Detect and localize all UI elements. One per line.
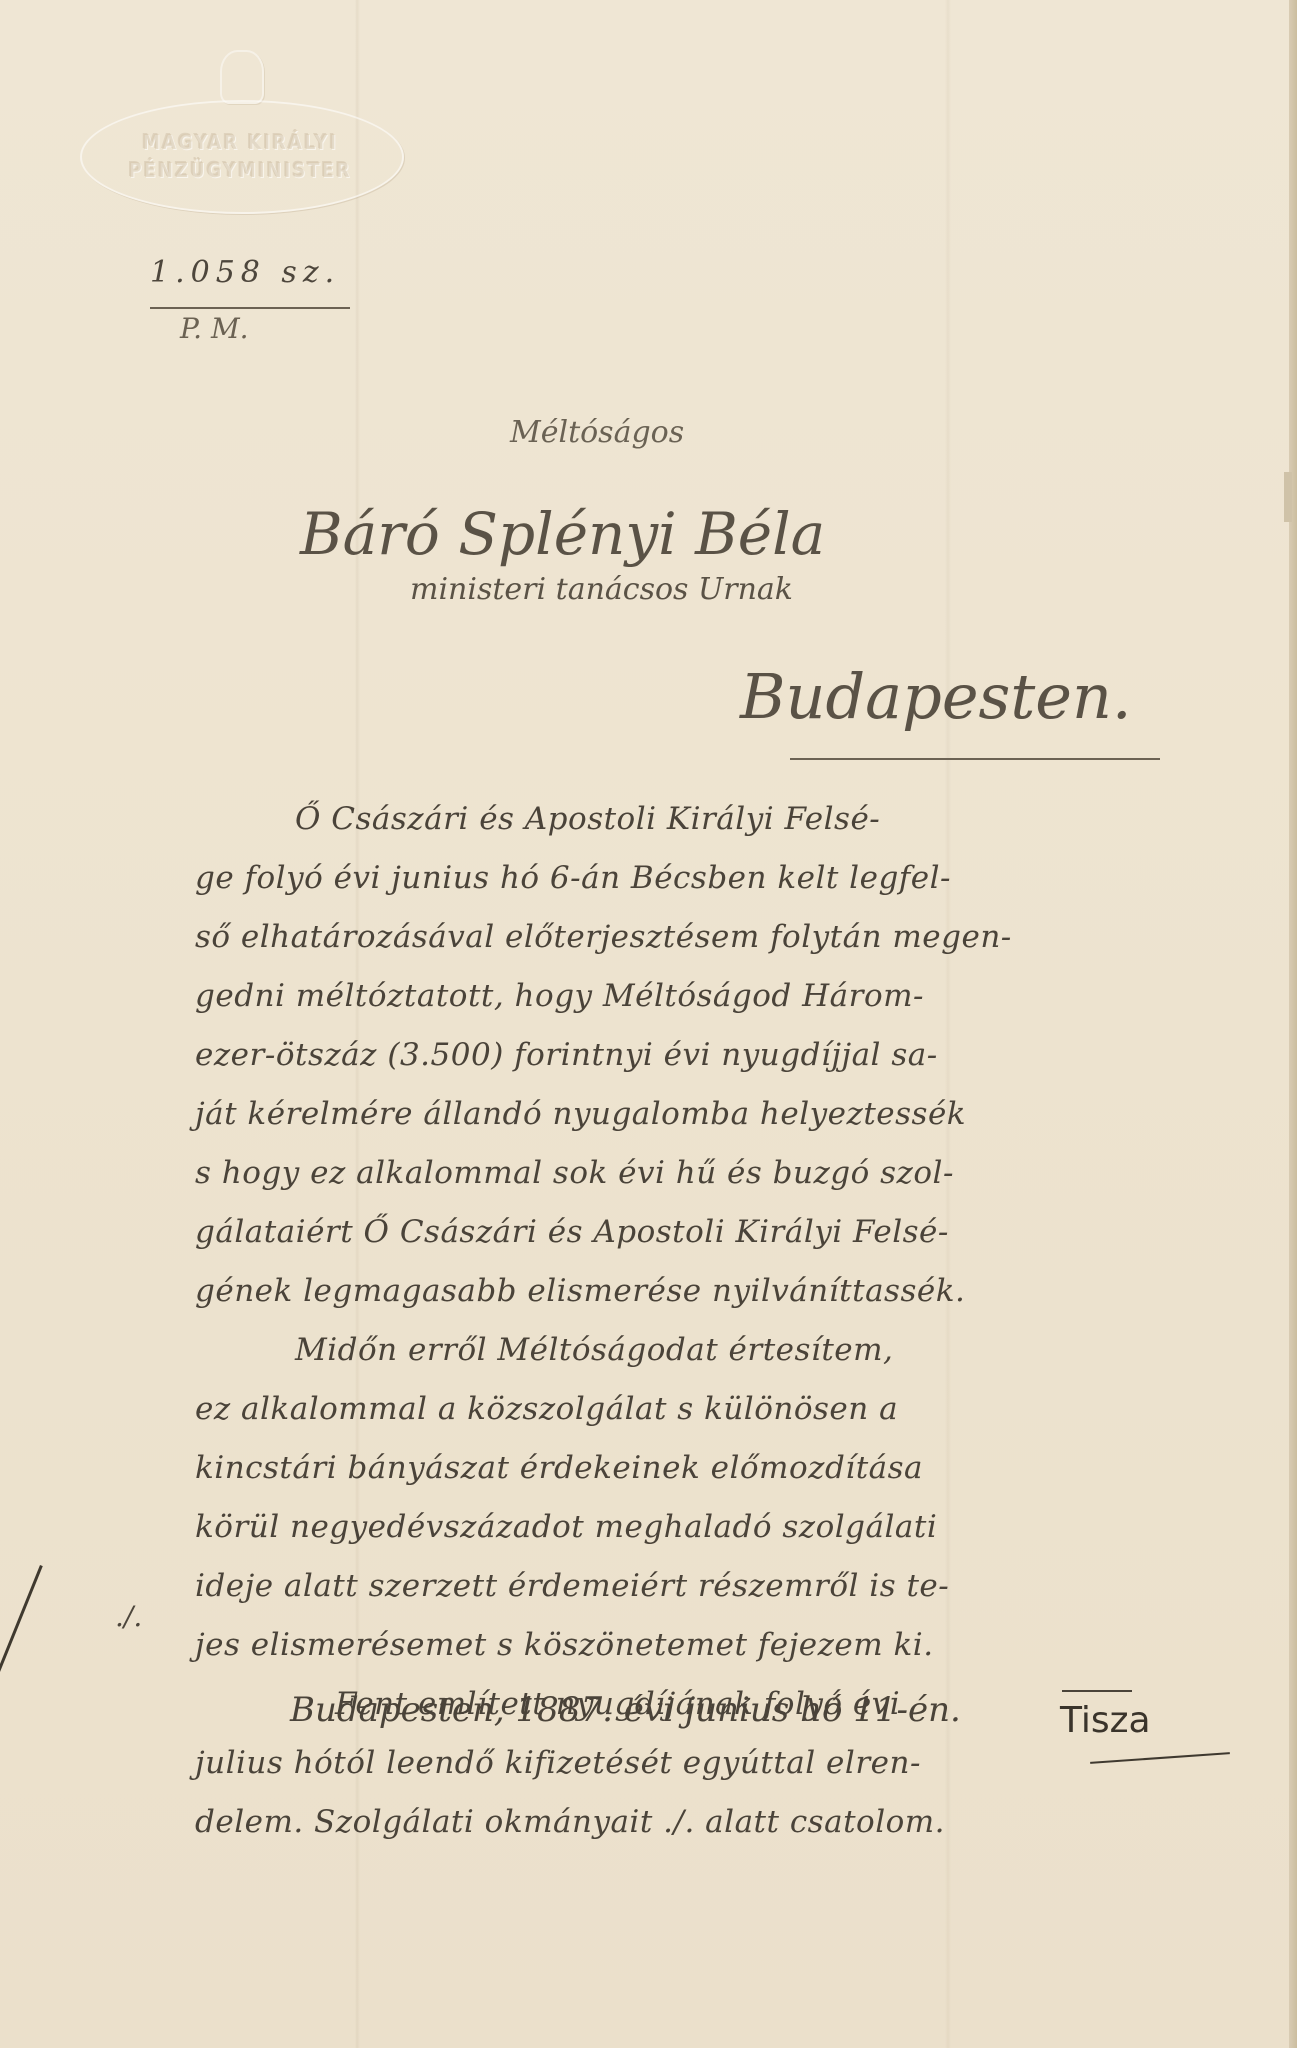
closing-date-line: Budapesten, 1887. évi junius hó 11-én. [290, 1690, 961, 1730]
body-line: ge folyó évi junius hó 6-án Bécsben kelt… [195, 849, 1245, 908]
stamp-oval-border [80, 100, 404, 214]
reference-number: 1.058 sz. [150, 255, 340, 290]
body-line: gedni méltóztatott, hogy Méltóságod Háro… [195, 967, 1245, 1026]
reference-divider [150, 307, 350, 309]
signature: Tisza [1060, 1700, 1151, 1741]
address-city: Budapesten. [740, 660, 1132, 733]
city-underline [790, 758, 1160, 760]
body-line: Midőn erről Méltóságodat értesítem, [195, 1321, 1245, 1380]
body-line: ez alkalommal a közszolgálat s különösen… [195, 1380, 1245, 1439]
page-edge-notch [1284, 472, 1292, 522]
stamp-line-2: PÉNZÜGYMINISTER [60, 158, 420, 182]
margin-enclosure-mark: ./. [115, 1600, 142, 1633]
addressee-title: ministeri tanácsos Urnak [410, 572, 793, 607]
reference-department: P. M. [180, 312, 249, 345]
body-line: Ő Császári és Apostoli Királyi Felsé- [195, 790, 1245, 849]
body-line: delem. Szolgálati okmányait ./. alatt cs… [195, 1793, 1245, 1852]
salutation: Méltóságos [510, 415, 684, 450]
body-line: s hogy ez alkalommal sok évi hű és buzgó… [195, 1144, 1245, 1203]
signature-overline [1062, 1690, 1132, 1692]
addressee-name: Báró Splényi Béla [300, 500, 825, 568]
body-line: kincstári bányászat érdekeinek előmozdít… [195, 1439, 1245, 1498]
embossed-ministry-stamp: MAGYAR KIRÁLYI PÉNZÜGYMINISTER [60, 80, 420, 230]
stamp-line-1: MAGYAR KIRÁLYI [60, 130, 420, 154]
body-line: ját kérelmére állandó nyugalomba helyezt… [195, 1085, 1245, 1144]
crown-emblem-icon [220, 50, 264, 104]
body-line: ezer-ötszáz (3.500) forintnyi évi nyugdí… [195, 1026, 1245, 1085]
body-line: julius hótól leendő kifizetését egyúttal… [195, 1734, 1245, 1793]
body-line: ideje alatt szerzett érdemeiért részemrő… [195, 1557, 1245, 1616]
body-line: körül negyedévszázadot meghaladó szolgál… [195, 1498, 1245, 1557]
page-edge [1289, 0, 1297, 2048]
body-line: gálataiért Ő Császári és Apostoli Király… [195, 1203, 1245, 1262]
body-line: jes elismerésemet s köszönetemet fejezem… [195, 1616, 1245, 1675]
body-line: ső elhatározásával előterjesztésem folyt… [195, 908, 1245, 967]
body-line: gének legmagasabb elismerése nyilvánítta… [195, 1262, 1245, 1321]
